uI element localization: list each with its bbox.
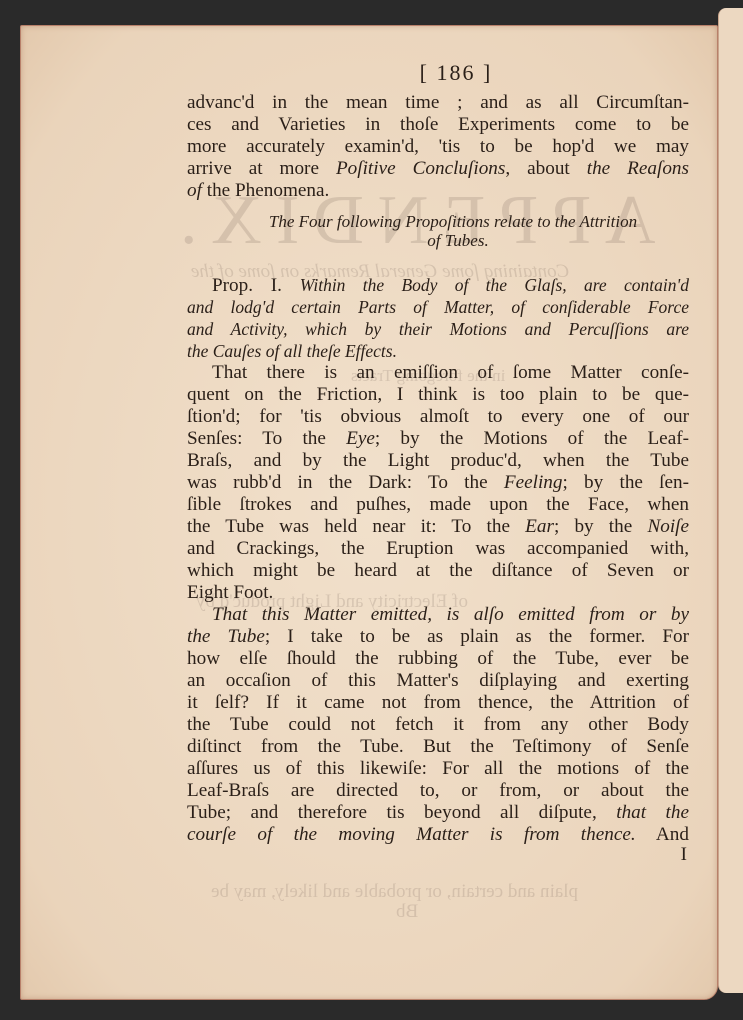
show-through-line: plain and certain, or probable and likel…	[211, 881, 578, 903]
italic-run: Ear	[525, 516, 554, 537]
italic-run: Poſitive Concluſions	[336, 158, 505, 179]
text-line: which might be heard at the diſtance of …	[187, 560, 689, 582]
text-line: it ſelf? If it came not from thence, the…	[187, 692, 689, 714]
proposition-label: Prop. I.	[212, 275, 300, 296]
adjacent-page-edge	[718, 8, 743, 993]
text-run: ; by the	[554, 516, 647, 537]
text-line: Leaf-Braſs are directed to, or from, or …	[187, 780, 689, 802]
text-run: the Tube was held near it: To the	[187, 516, 525, 537]
text-line: and Crackings, the Eruption was accompan…	[187, 538, 689, 560]
text-run: Senſes: To the	[187, 428, 346, 449]
text-line: the Tube was held near it: To the Ear; b…	[187, 516, 689, 538]
text-run: the Phenomena.	[202, 180, 329, 201]
text-line: That this Matter emitted, is alſo emitte…	[187, 604, 689, 626]
text-line: and Activity, which by their Motions and…	[187, 318, 689, 340]
text-run: ; I take to be as plain as the former. F…	[265, 626, 689, 647]
text-line: diſtinct from the Tube. But the Teſtimon…	[187, 736, 689, 758]
text-run: And	[636, 824, 689, 845]
text-run: , about	[505, 158, 586, 179]
catchword: I	[187, 846, 689, 864]
italic-run: Within the Body of the Glaſs, are contai…	[300, 275, 689, 295]
paragraph-2: That this Matter emitted, is alſo emitte…	[187, 604, 689, 846]
page-number: [ 186 ]	[187, 58, 689, 88]
text-line: of the Phenomena.	[187, 180, 689, 202]
italic-run: the Reaſons	[587, 158, 689, 179]
text-line: more accurately examin'd, 'tis to be hop…	[187, 136, 689, 158]
text-line: how elſe ſhould the rubbing of the Tube,…	[187, 648, 689, 670]
text-line: the Cauſes of all theſe Effects.	[187, 340, 689, 362]
italic-run: Eye	[346, 428, 375, 449]
section-heading: The Four following Propoſitions relate t…	[187, 212, 689, 250]
text-run: ; by the Motions of the Leaf-	[375, 428, 689, 449]
italic-run: the Tube	[187, 626, 265, 647]
paragraph-1: That there is an emiſſion of ſome Matter…	[187, 362, 689, 604]
text-line: Braſs, and by the Light produc'd, when t…	[187, 450, 689, 472]
text-line: Senſes: To the Eye; by the Motions of th…	[187, 428, 689, 450]
text-line: the Tube could not fetch it from any oth…	[187, 714, 689, 736]
text-run: ; by the ſen-	[562, 472, 689, 493]
show-through-signature: Bb	[396, 901, 418, 923]
text-line: was rubb'd in the Dark: To the Feeling; …	[187, 472, 689, 494]
text-line: and lodg'd certain Parts of Matter, of c…	[187, 296, 689, 318]
text-line: Eight Foot.	[187, 582, 689, 604]
text-line: Tube; and therefore tis beyond all diſpu…	[187, 802, 689, 824]
heading-line: The Four following Propoſitions relate t…	[187, 212, 689, 231]
text-line: That there is an emiſſion of ſome Matter…	[187, 362, 689, 384]
text-line: ſtion'd; for 'tis obvious almoſt to ever…	[187, 406, 689, 428]
text-line: ces and Varieties in thoſe Experiments c…	[187, 114, 689, 136]
text-line: advanc'd in the mean time ; and as all C…	[187, 92, 689, 114]
text-line: aſſures us of this likewiſe: For all the…	[187, 758, 689, 780]
text-line: courſe of the moving Matter is from then…	[187, 824, 689, 846]
proposition-1: Prop. I. Within the Body of the Glaſs, a…	[187, 274, 689, 362]
italic-run: that the	[616, 802, 689, 823]
text-line: quent on the Friction, I think is too pl…	[187, 384, 689, 406]
text-line: an occaſion of this Matter's diſplaying …	[187, 670, 689, 692]
text-run: Tube; and therefore tis beyond all diſpu…	[187, 802, 616, 823]
text-line: Prop. I. Within the Body of the Glaſs, a…	[187, 274, 689, 296]
italic-run: courſe of the moving Matter is from then…	[187, 824, 636, 845]
italic-run: of	[187, 180, 202, 201]
text-line: the Tube; I take to be as plain as the f…	[187, 626, 689, 648]
text-line: ſible ſtrokes and puſhes, made upon the …	[187, 494, 689, 516]
text-line: arrive at more Poſitive Concluſions, abo…	[187, 158, 689, 180]
heading-line: of Tubes.	[187, 231, 689, 250]
text-run: arrive at more	[187, 158, 336, 179]
text-run: was rubb'd in the Dark: To the	[187, 472, 504, 493]
page-text: [ 186 ] advanc'd in the mean time ; and …	[187, 58, 689, 864]
italic-run: Feeling	[504, 472, 563, 493]
italic-run: Noiſe	[647, 516, 689, 537]
